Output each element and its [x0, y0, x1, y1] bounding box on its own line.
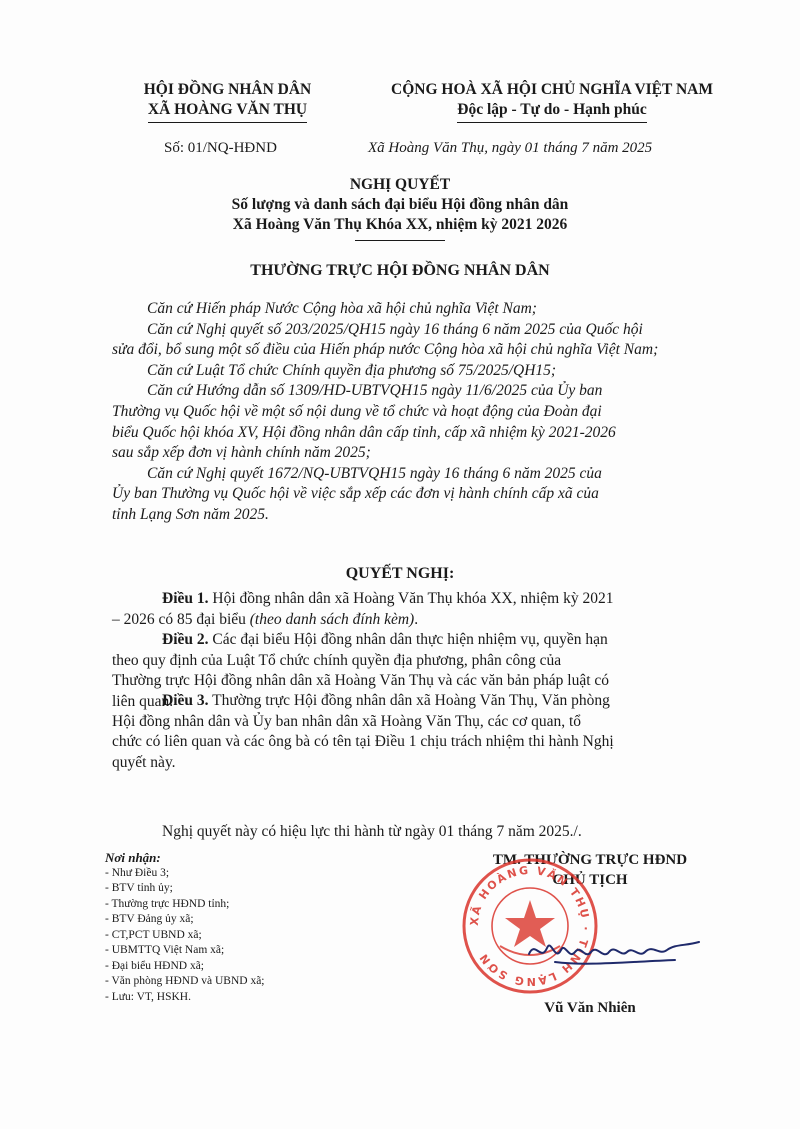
- article-line: chức có liên quan và các ông bà có tên t…: [112, 733, 614, 751]
- article-label: Điều 3.: [162, 692, 209, 709]
- article-label: Điều 2.: [162, 631, 209, 648]
- recipient-item: - Thường trực HĐND tỉnh;: [105, 897, 265, 913]
- recipient-item: - BTV tỉnh ủy;: [105, 881, 265, 897]
- document-type: NGHỊ QUYẾT: [0, 176, 800, 194]
- effective-clause: Nghị quyết này có hiệu lực thi hành từ n…: [162, 823, 582, 841]
- place-date: Xã Hoàng Văn Thụ, ngày 01 tháng 7 năm 20…: [368, 140, 652, 157]
- issuing-agency: HỘI ĐỒNG NHÂN DÂN XÃ HOÀNG VĂN THỤ: [130, 80, 325, 123]
- recipient-item: - Văn phòng HĐND và UBND xã;: [105, 974, 265, 990]
- article-label: Điều 1.: [162, 590, 209, 607]
- article-line: quyết này.: [112, 754, 176, 772]
- recipient-item: - BTV Đảng ủy xã;: [105, 912, 265, 928]
- subject-line-2: Xã Hoàng Văn Thụ Khóa XX, nhiệm kỳ 2021 …: [0, 216, 800, 234]
- article-line: Điều 3. Thường trực Hội đồng nhân dân xã…: [162, 692, 610, 710]
- article-line: theo quy định của Luật Tổ chức chính quy…: [112, 652, 561, 670]
- legal-basis-line: biểu Quốc hội khóa XV, Hội đồng nhân dân…: [112, 424, 616, 442]
- recipients-heading: Nơi nhận:: [105, 850, 265, 866]
- national-motto: Độc lập - Tự do - Hạnh phúc: [457, 100, 646, 123]
- legal-basis-line: tỉnh Lạng Sơn năm 2025.: [112, 506, 269, 524]
- legal-basis-line: Căn cứ Hướng dẫn số 1309/HD-UBTVQH15 ngà…: [147, 382, 602, 400]
- handwritten-signature-icon: [525, 932, 705, 972]
- agency-line-2: XÃ HOÀNG VĂN THỤ: [148, 100, 307, 123]
- national-header: CỘNG HOÀ XÃ HỘI CHỦ NGHĨA VIỆT NAM Độc l…: [362, 80, 742, 123]
- recipient-item: - Như Điều 3;: [105, 866, 265, 882]
- subject-line-1: Số lượng và danh sách đại biểu Hội đồng …: [0, 196, 800, 214]
- legal-basis-line: sau sắp xếp đơn vị hành chính năm 2025;: [112, 444, 371, 462]
- recipients: Nơi nhận: - Như Điều 3;- BTV tỉnh ủy;- T…: [105, 850, 265, 1005]
- official-seal-icon: XÃ HOÀNG VĂN THỤ · TỈNH LẠNG SƠN: [460, 856, 600, 996]
- article-line: Hội đồng nhân dân và Ủy ban nhân dân xã …: [112, 713, 581, 731]
- document-page: HỘI ĐỒNG NHÂN DÂN XÃ HOÀNG VĂN THỤ Số: 0…: [0, 0, 800, 1129]
- legal-basis-line: Căn cứ Nghị quyết số 203/2025/QH15 ngày …: [147, 321, 643, 339]
- signer-name: Vũ Văn Nhiên: [470, 1000, 710, 1017]
- legal-basis-line: Thường vụ Quốc hội về một số nội dung về…: [112, 403, 602, 421]
- agency-line-1: HỘI ĐỒNG NHÂN DÂN: [130, 80, 325, 100]
- recipient-item: - CT,PCT UBND xã;: [105, 928, 265, 944]
- article-line: – 2026 có 85 đại biểu (theo danh sách đí…: [112, 611, 418, 629]
- recipient-item: - Đại biểu HĐND xã;: [105, 959, 265, 975]
- document-number: Số: 01/NQ-HĐND: [164, 140, 277, 157]
- legal-basis-line: Căn cứ Luật Tổ chức Chính quyền địa phươ…: [147, 362, 556, 380]
- article-line: Điều 2. Các đại biểu Hội đồng nhân dân t…: [162, 631, 608, 649]
- legal-basis-line: Căn cứ Nghị quyết 1672/NQ-UBTVQH15 ngày …: [147, 465, 602, 483]
- recipient-item: - UBMTTQ Việt Nam xã;: [105, 943, 265, 959]
- legal-basis-line: sửa đổi, bổ sung một số điều của Hiến ph…: [112, 341, 658, 359]
- nation-name: CỘNG HOÀ XÃ HỘI CHỦ NGHĨA VIỆT NAM: [362, 80, 742, 100]
- issuer: THƯỜNG TRỰC HỘI ĐỒNG NHÂN DÂN: [0, 262, 800, 280]
- title-underline: [355, 240, 445, 241]
- article-line: Điều 1. Hội đồng nhân dân xã Hoàng Văn T…: [162, 590, 613, 608]
- legal-basis-line: Ủy ban Thường vụ Quốc hội về việc sắp xế…: [112, 485, 599, 503]
- decision-heading: QUYẾT NGHỊ:: [0, 565, 800, 583]
- article-line: Thường trực Hội đồng nhân dân xã Hoàng V…: [112, 672, 609, 690]
- legal-basis-line: Căn cứ Hiến pháp Nước Cộng hòa xã hội ch…: [147, 300, 537, 318]
- recipient-item: - Lưu: VT, HSKH.: [105, 990, 265, 1006]
